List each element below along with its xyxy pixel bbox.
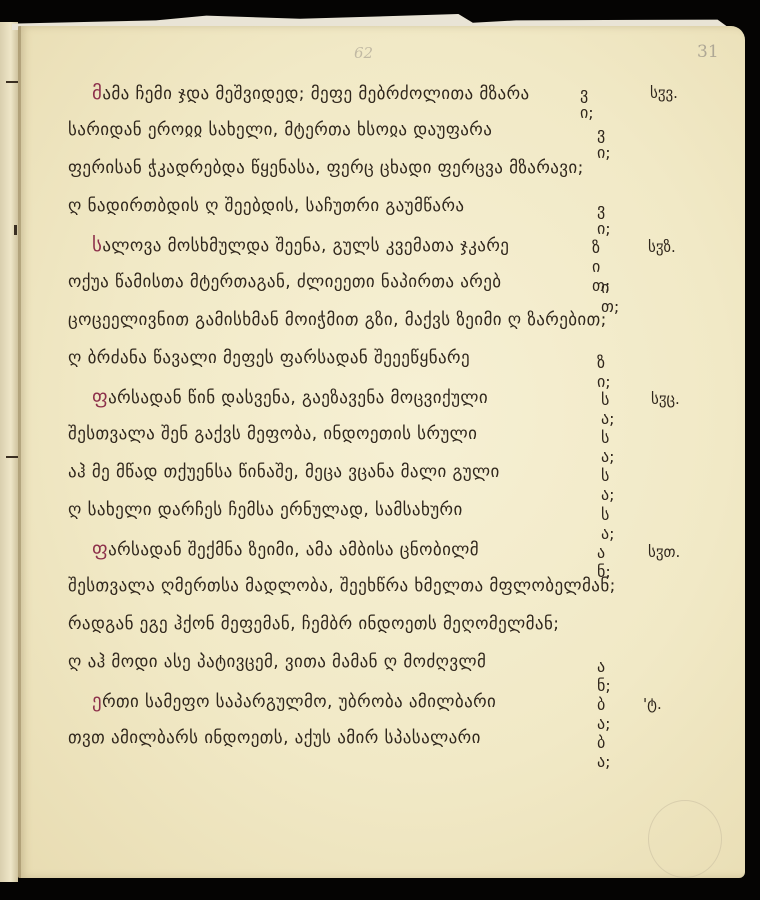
margin-rubric: სჳც. (651, 390, 680, 408)
text-line: ღ აჰ მოდი ასე პატივცემ, ვითა მამან ღ მოძ… (68, 652, 486, 686)
binding-gutter (18, 26, 21, 878)
verse-number: ზ ი; (597, 353, 611, 391)
library-stamp-faint (648, 800, 722, 878)
verse-number: ს ა; (601, 505, 615, 543)
margin-tick-mark (6, 81, 18, 83)
adjacent-page-edge (0, 22, 18, 882)
text-line: ღ ბრძანა წავალი მეფეს ფარსადან შეეეწყნარ… (68, 348, 470, 382)
text-line: სარიდან ეროჲჲ სახელი, მტერთა ხსოჲა დაუფა… (68, 120, 492, 154)
verse-number: ბ ა; (597, 695, 611, 733)
verse-number: ა ნ; (597, 657, 611, 695)
text-line: აჰ მე მწად თქუენსა წინაშე, მეცა ვცანა მა… (68, 462, 500, 496)
rubricated-initial: ს (92, 234, 102, 256)
rubricated-initial: ფ (92, 538, 108, 560)
text-line: მამა ჩემი ჯდა მეშვიდედ; მეფე მებრძოლითა … (92, 82, 530, 116)
verse-number: ვ ი; (580, 84, 594, 122)
rubricated-initial: ე (92, 690, 102, 712)
margin-rubric: სჳვ. (650, 84, 678, 102)
verse-number: ს ა; (601, 428, 615, 466)
text-line: სალოვა მოსხმულდა შეენა, გულს კვემათა ჯკა… (92, 234, 509, 268)
verse-number: ვ ი; (597, 200, 611, 238)
text-line: ფარსადან წინ დასვენა, გაეზავენა მოცვიქულ… (92, 386, 488, 420)
margin-rubric: 'ტ. (643, 695, 662, 713)
text-line: ოქუა წამისთა მტერთაგან, ძლიეეთი ნაპირთა … (68, 272, 501, 306)
margin-tick-mark (6, 456, 18, 458)
text-line: ცოცეელივნით გამისხმან მოიჭმით გზი, მაქვს… (68, 310, 607, 344)
rubricated-initial: მ (92, 82, 102, 104)
folio-number: 31 (697, 42, 719, 62)
text-line: ღ ნადირთბდის ღ შეებდის, საჩუთრი გაუმწარა (68, 196, 464, 230)
verse-number: ს ა; (601, 390, 615, 428)
margin-tick-mark (14, 225, 17, 235)
text-line: ერთი სამეფო საპარგულმო, უბრობა ამილბარი (92, 690, 496, 724)
verse-number: ვ ი; (597, 124, 611, 162)
rubricated-initial: ფ (92, 386, 108, 408)
text-line: ფერისან ჭკადრებდა წყენასა, ფერც ცხადი ფე… (68, 158, 584, 192)
text-line: რადგან ეგე ჰქონ მეფემან, ჩემბრ ინდოეთს მ… (68, 614, 559, 648)
text-line: თვთ ამილბარს ინდოეთს, აქუს ამირ სპასალარ… (68, 728, 481, 762)
verse-number: ბ ა; (597, 733, 611, 771)
verse-number: ს ა; (601, 466, 615, 504)
margin-rubric: სჳთ. (648, 543, 680, 561)
folio-number-pencil: 62 (354, 44, 373, 62)
text-line: შესთვალა შენ გაქვს მეფობა, ინდოეთის სრულ… (68, 424, 477, 458)
text-line: ღ სახელი დარჩეს ჩემსა ერნულად, სამსახური (68, 500, 463, 534)
text-line: ფარსადან შექმნა ზეიმი, ამა ამბისა ცნობილ… (92, 538, 479, 572)
text-line: შესთვალა ღმერთსა მადლობა, შეეხწრა ხმელთა… (68, 576, 616, 610)
margin-rubric: სჳზ. (648, 238, 676, 256)
